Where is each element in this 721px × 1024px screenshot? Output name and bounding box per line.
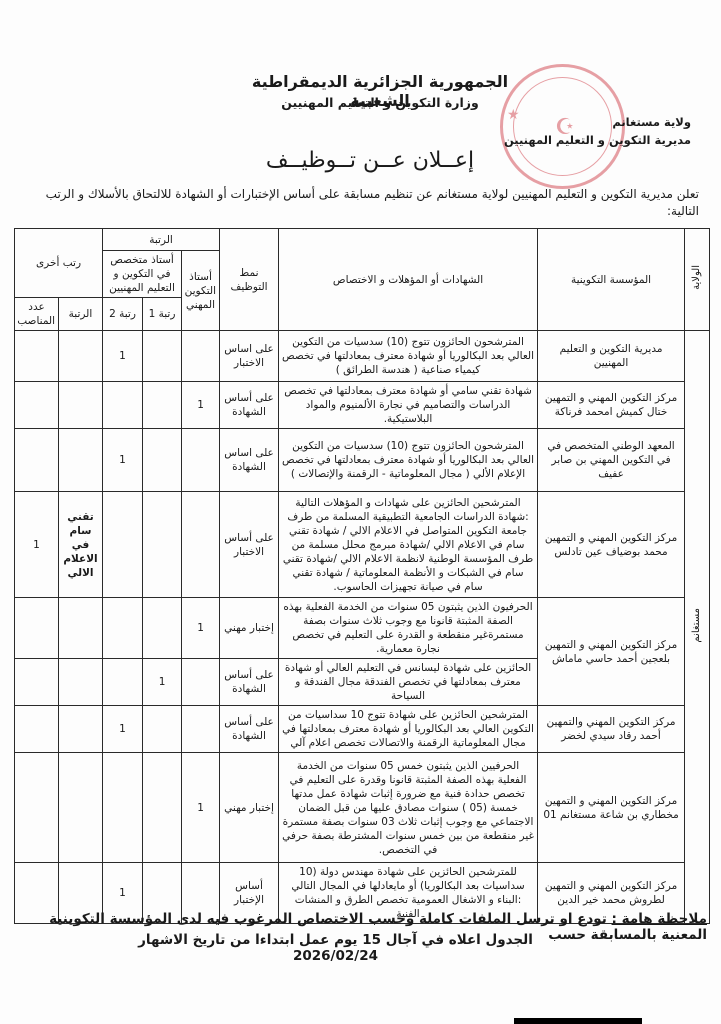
mode-cell: على أساس الشهادة bbox=[220, 382, 279, 429]
rank2-cell: 1 bbox=[103, 706, 143, 753]
other-rank-cell bbox=[59, 429, 103, 492]
rank1-cell bbox=[143, 492, 182, 598]
recruitment-table: الولاية المؤسسة التكوينية الشهادات أو ال… bbox=[14, 228, 710, 924]
header-other-ranks: رتب أخرى bbox=[15, 229, 103, 298]
professor-pro-cell bbox=[182, 706, 220, 753]
header-rank1: رتبة 1 bbox=[143, 298, 182, 331]
rank2-cell: 1 bbox=[103, 331, 143, 382]
rank1-cell bbox=[143, 706, 182, 753]
rank2-cell bbox=[103, 659, 143, 706]
mode-cell: على أساس الاختبار bbox=[220, 492, 279, 598]
header-rank2: رتبة 2 bbox=[103, 298, 143, 331]
table-row: مركز التكوين المهني و التمهين ختال كميش … bbox=[15, 382, 710, 429]
institution-cell: مركز التكوين المهني و التمهين مخطاري بن … bbox=[538, 753, 685, 863]
positions-cell bbox=[15, 753, 59, 863]
rank2-cell bbox=[103, 492, 143, 598]
intro-paragraph: تعلن مديرية التكوين و التعليم المهنيين ل… bbox=[10, 186, 699, 220]
qualifications-cell: الحرفيين الذين يثبتون خمس 05 سنوات من ال… bbox=[279, 753, 538, 863]
institution-cell: مركز التكوين المهني و التمهين ختال كميش … bbox=[538, 382, 685, 429]
table-row: مستغانم مديرية التكوين و التعليم المهنيي… bbox=[15, 331, 710, 382]
note-line2: الجدول اعلاه في آجال 15 يوم عمل ابتداءا … bbox=[100, 932, 571, 964]
positions-cell bbox=[15, 706, 59, 753]
header-wilaya: الولاية bbox=[685, 229, 710, 331]
mode-cell: على اساس الشهادة bbox=[220, 429, 279, 492]
header-recruitment-mode: نمط التوظيف bbox=[220, 229, 279, 331]
rank2-cell bbox=[103, 598, 143, 659]
rank1-cell bbox=[143, 753, 182, 863]
header-professor-pro: أستاذ التكوين المهني bbox=[182, 251, 220, 331]
qualifications-cell: شهادة تقني سامي أو شهادة معترف بمعادلتها… bbox=[279, 382, 538, 429]
official-stamp: ★ ☪ bbox=[500, 64, 625, 189]
header-qualifications: الشهادات أو المؤهلات و الاختصاص bbox=[279, 229, 538, 331]
header-professor-specialist: أستاذ متخصص في التكوين و التعليم المهنيي… bbox=[103, 251, 182, 298]
qualifications-cell: المترشحين الحائزين على شهادة تتوج 10 سدا… bbox=[279, 706, 538, 753]
other-rank-cell bbox=[59, 598, 103, 659]
professor-pro-cell bbox=[182, 429, 220, 492]
ministry-title: وزارة التكوين و التعليم المهنيين bbox=[250, 95, 510, 110]
mode-cell: على أساس الشهادة bbox=[220, 659, 279, 706]
other-rank-cell bbox=[59, 331, 103, 382]
directorate-label: مديرية التكوين و التعليم المهنيين bbox=[504, 133, 691, 147]
header-positions-count: عدد المناصب bbox=[15, 298, 59, 331]
table-row: مركز التكوين المهني والتمهين أحمد رقاد س… bbox=[15, 706, 710, 753]
other-rank-cell bbox=[59, 659, 103, 706]
wilaya-label: ولاية مستغانم bbox=[612, 115, 691, 129]
professor-pro-cell: 1 bbox=[182, 382, 220, 429]
rank2-cell: 1 bbox=[103, 429, 143, 492]
qualifications-cell: الحائزين على شهادة ليسانس في التعليم الع… bbox=[279, 659, 538, 706]
table-row: مركز التكوين المهني و التمهين بلعجين أحم… bbox=[15, 598, 710, 659]
positions-cell bbox=[15, 382, 59, 429]
table-row: المعهد الوطني المتخصص في في التكوين المه… bbox=[15, 429, 710, 492]
mode-cell: على اساس الاختبار bbox=[220, 331, 279, 382]
professor-pro-cell bbox=[182, 492, 220, 598]
other-rank-cell bbox=[59, 753, 103, 863]
qualifications-cell: المترشحون الحائزون تتوج (10) سدسيات من ا… bbox=[279, 429, 538, 492]
rank1-cell bbox=[143, 429, 182, 492]
institution-cell: مركز التكوين المهني و التمهين محمد بوضيا… bbox=[538, 492, 685, 598]
positions-cell bbox=[15, 429, 59, 492]
rank2-cell bbox=[103, 382, 143, 429]
mode-cell: إختبار مهني bbox=[220, 598, 279, 659]
institution-cell: المعهد الوطني المتخصص في في التكوين المه… bbox=[538, 429, 685, 492]
header-institution: المؤسسة التكوينية bbox=[538, 229, 685, 331]
page-title: إعــلان عــن تــوظيــف bbox=[250, 148, 490, 173]
institution-cell: مركز التكوين المهني و التمهين بلعجين أحم… bbox=[538, 598, 685, 706]
other-rank-cell: تقني سام في الاعلام الالي bbox=[59, 492, 103, 598]
institution-cell: مديرية التكوين و التعليم المهنيين bbox=[538, 331, 685, 382]
black-bar bbox=[514, 1018, 642, 1024]
qualifications-cell: المترشحين الحائزين على شهادات و المؤهلات… bbox=[279, 492, 538, 598]
header-rank-group: الرتبة bbox=[103, 229, 220, 251]
positions-cell: 1 bbox=[15, 492, 59, 598]
rank1-cell bbox=[143, 382, 182, 429]
header-other-rank: الرتبة bbox=[59, 298, 103, 331]
positions-cell bbox=[15, 598, 59, 659]
rank1-cell bbox=[143, 598, 182, 659]
mode-cell: على أساس الشهادة bbox=[220, 706, 279, 753]
institution-cell: مركز التكوين المهني والتمهين أحمد رقاد س… bbox=[538, 706, 685, 753]
note-label: ملاحظة هامة : bbox=[612, 911, 707, 927]
positions-cell bbox=[15, 331, 59, 382]
professor-pro-cell bbox=[182, 331, 220, 382]
mode-cell: إختبار مهني bbox=[220, 753, 279, 863]
rank2-cell bbox=[103, 753, 143, 863]
table-row: مركز التكوين المهني و التمهين مخطاري بن … bbox=[15, 753, 710, 863]
professor-pro-cell: 1 bbox=[182, 598, 220, 659]
other-rank-cell bbox=[59, 382, 103, 429]
qualifications-cell: الحرفيون الذين يثبتون 05 سنوات من الخدمة… bbox=[279, 598, 538, 659]
professor-pro-cell: 1 bbox=[182, 753, 220, 863]
wilaya-cell: مستغانم bbox=[685, 331, 710, 924]
positions-cell bbox=[15, 659, 59, 706]
table-row: مركز التكوين المهني و التمهين محمد بوضيا… bbox=[15, 492, 710, 598]
rank1-cell: 1 bbox=[143, 659, 182, 706]
professor-pro-cell bbox=[182, 659, 220, 706]
rank1-cell bbox=[143, 331, 182, 382]
other-rank-cell bbox=[59, 706, 103, 753]
qualifications-cell: المترشحون الحائزون تتوج (10) سدسيات من ا… bbox=[279, 331, 538, 382]
